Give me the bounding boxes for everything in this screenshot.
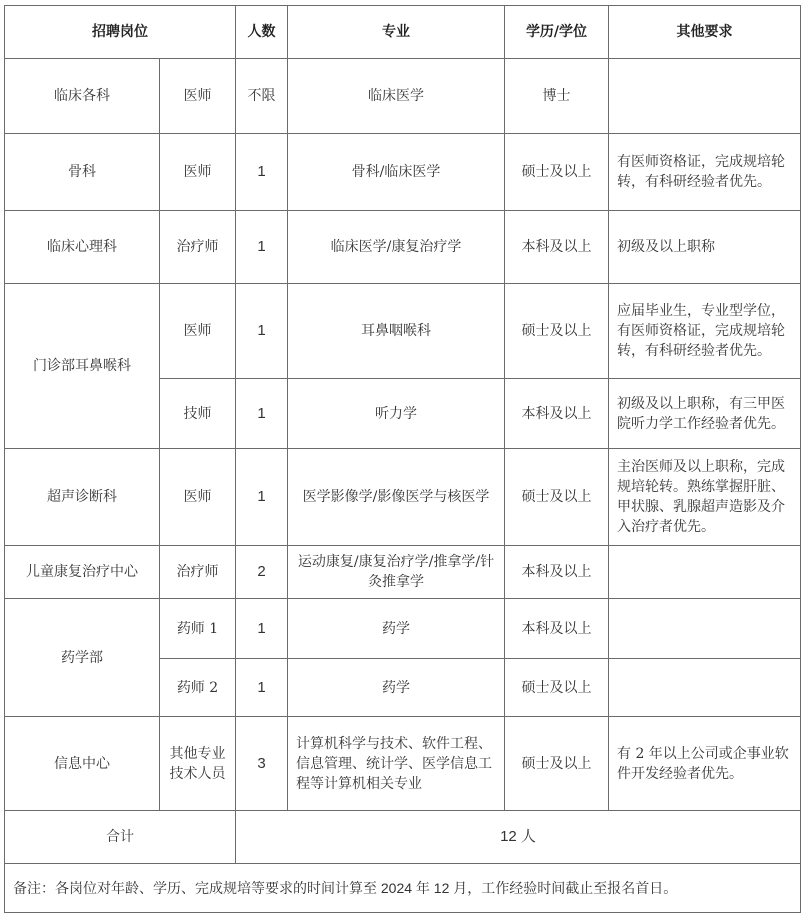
education-cell: 本科及以上 — [505, 211, 609, 284]
count-cell: 不限 — [236, 59, 288, 134]
table-row: 儿童康复治疗中心 治疗师 2 运动康复/康复治疗学/推拿学/针灸推拿学 本科及以… — [5, 546, 801, 599]
major-cell: 药学 — [288, 599, 505, 659]
dept-cell: 临床各科 — [5, 59, 160, 134]
total-row: 合计 12 人 — [5, 811, 801, 864]
footnote: 备注：各岗位对年龄、学历、完成规培等要求的时间计算至 2024 年 12 月，工… — [5, 864, 801, 913]
major-cell: 骨科/临床医学 — [288, 134, 505, 211]
major-cell: 药学 — [288, 659, 505, 717]
other-cell — [609, 599, 801, 659]
count-cell: 1 — [236, 449, 288, 546]
other-cell — [609, 659, 801, 717]
dept-cell: 骨科 — [5, 134, 160, 211]
role-cell: 医师 — [160, 134, 236, 211]
note-row: 备注：各岗位对年龄、学历、完成规培等要求的时间计算至 2024 年 12 月，工… — [5, 864, 801, 913]
table-row: 信息中心 其他专业技术人员 3 计算机科学与技术、软件工程、信息管理、统计学、医… — [5, 717, 801, 811]
dept-cell: 门诊部耳鼻喉科 — [5, 284, 160, 449]
dept-cell: 信息中心 — [5, 717, 160, 811]
education-cell: 本科及以上 — [505, 379, 609, 449]
education-cell: 本科及以上 — [505, 599, 609, 659]
other-cell — [609, 59, 801, 134]
role-cell: 医师 — [160, 449, 236, 546]
role-cell: 治疗师 — [160, 546, 236, 599]
dept-cell: 药学部 — [5, 599, 160, 717]
dept-cell: 儿童康复治疗中心 — [5, 546, 160, 599]
major-cell: 耳鼻咽喉科 — [288, 284, 505, 379]
total-value: 12 人 — [236, 811, 801, 864]
role-cell: 治疗师 — [160, 211, 236, 284]
education-cell: 博士 — [505, 59, 609, 134]
role-cell: 医师 — [160, 59, 236, 134]
dept-cell: 临床心理科 — [5, 211, 160, 284]
count-cell: 3 — [236, 717, 288, 811]
table-row: 临床各科 医师 不限 临床医学 博士 — [5, 59, 801, 134]
role-cell: 技师 — [160, 379, 236, 449]
major-cell: 计算机科学与技术、软件工程、信息管理、统计学、医学信息工程等计算机相关专业 — [288, 717, 505, 811]
table-row: 门诊部耳鼻喉科 医师 1 耳鼻咽喉科 硕士及以上 应届毕业生，专业型学位，有医师… — [5, 284, 801, 379]
education-cell: 硕士及以上 — [505, 717, 609, 811]
count-cell: 1 — [236, 659, 288, 717]
major-cell: 临床医学/康复治疗学 — [288, 211, 505, 284]
other-cell — [609, 546, 801, 599]
header-major: 专业 — [288, 6, 505, 59]
education-cell: 硕士及以上 — [505, 449, 609, 546]
total-label: 合计 — [5, 811, 236, 864]
education-cell: 本科及以上 — [505, 546, 609, 599]
header-education: 学历/学位 — [505, 6, 609, 59]
header-other: 其他要求 — [609, 6, 801, 59]
table-row: 骨科 医师 1 骨科/临床医学 硕士及以上 有医师资格证，完成规培轮转，有科研经… — [5, 134, 801, 211]
other-cell: 初级及以上职称，有三甲医院听力学工作经验者优先。 — [609, 379, 801, 449]
role-cell: 其他专业技术人员 — [160, 717, 236, 811]
count-cell: 1 — [236, 284, 288, 379]
header-count: 人数 — [236, 6, 288, 59]
other-cell: 应届毕业生，专业型学位，有医师资格证，完成规培轮转，有科研经验者优先。 — [609, 284, 801, 379]
table-row: 超声诊断科 医师 1 医学影像学/影像医学与核医学 硕士及以上 主治医师及以上职… — [5, 449, 801, 546]
count-cell: 1 — [236, 211, 288, 284]
count-cell: 1 — [236, 134, 288, 211]
role-cell: 药师 2 — [160, 659, 236, 717]
header-row: 招聘岗位 人数 专业 学历/学位 其他要求 — [5, 6, 801, 59]
other-cell: 主治医师及以上职称，完成规培轮转。熟练掌握肝脏、甲状腺、乳腺超声造影及介入治疗者… — [609, 449, 801, 546]
header-position: 招聘岗位 — [5, 6, 236, 59]
education-cell: 硕士及以上 — [505, 134, 609, 211]
table-row: 药学部 药师 1 1 药学 本科及以上 — [5, 599, 801, 659]
table-row: 临床心理科 治疗师 1 临床医学/康复治疗学 本科及以上 初级及以上职称 — [5, 211, 801, 284]
major-cell: 听力学 — [288, 379, 505, 449]
role-cell: 药师 1 — [160, 599, 236, 659]
count-cell: 1 — [236, 379, 288, 449]
role-cell: 医师 — [160, 284, 236, 379]
major-cell: 医学影像学/影像医学与核医学 — [288, 449, 505, 546]
dept-cell: 超声诊断科 — [5, 449, 160, 546]
recruitment-table: 招聘岗位 人数 专业 学历/学位 其他要求 临床各科 医师 不限 临床医学 博士… — [4, 5, 801, 913]
other-cell: 初级及以上职称 — [609, 211, 801, 284]
education-cell: 硕士及以上 — [505, 284, 609, 379]
other-cell: 有 2 年以上公司或企事业软件开发经验者优先。 — [609, 717, 801, 811]
major-cell: 运动康复/康复治疗学/推拿学/针灸推拿学 — [288, 546, 505, 599]
education-cell: 硕士及以上 — [505, 659, 609, 717]
major-cell: 临床医学 — [288, 59, 505, 134]
other-cell: 有医师资格证，完成规培轮转，有科研经验者优先。 — [609, 134, 801, 211]
count-cell: 2 — [236, 546, 288, 599]
count-cell: 1 — [236, 599, 288, 659]
